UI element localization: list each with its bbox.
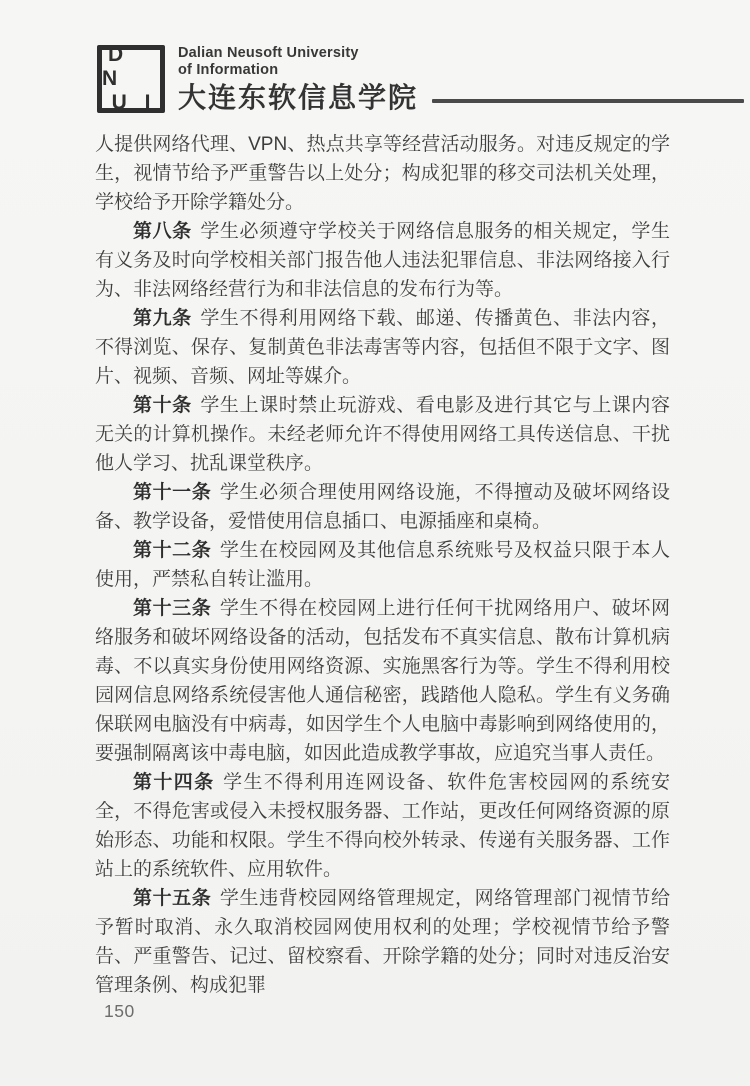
paragraph-article-13: 第十三条学生不得在校园网上进行任何干扰网络用户、破坏网络服务和破坏网络设备的活动… (95, 594, 670, 768)
university-name-block: Dalian Neusoft University of Information… (178, 45, 418, 113)
paragraph-article-9: 第九条学生不得利用网络下载、邮递、传播黄色、非法内容，不得浏览、保存、复制黄色非… (95, 304, 670, 391)
header-divider-line (432, 99, 744, 103)
article-number: 第十一条 (133, 482, 211, 503)
page-number: 150 (104, 1001, 135, 1022)
university-name-en-line2: of Information (178, 62, 418, 79)
article-number: 第十四条 (133, 772, 215, 793)
article-number: 第十二条 (133, 540, 211, 561)
logo-letters-top: D N (102, 43, 160, 91)
paragraph-continuation: 人提供网络代理、VPN、热点共享等经营活动服务。对违反规定的学生，视情节给予严重… (95, 130, 670, 217)
page-header: D N U I Dalian Neusoft University of Inf… (97, 45, 744, 113)
article-number: 第十条 (133, 395, 192, 416)
paragraph-article-14: 第十四条学生不得利用连网设备、软件危害校园网的系统安全，不得危害或侵入未授权服务… (95, 768, 670, 884)
paragraph-text: 学生不得在校园网上进行任何干扰网络用户、破坏网络服务和破坏网络设备的活动，包括发… (95, 598, 670, 764)
article-number: 第八条 (133, 221, 192, 242)
document-page: D N U I Dalian Neusoft University of Inf… (0, 0, 750, 1086)
logo-letters-bottom: U I (106, 91, 157, 115)
paragraph-article-8: 第八条学生必须遵守学校关于网络信息服务的相关规定，学生有义务及时向学校相关部门报… (95, 217, 670, 304)
document-body: 人提供网络代理、VPN、热点共享等经营活动服务。对违反规定的学生，视情节给予严重… (95, 130, 670, 1000)
article-number: 第十三条 (133, 598, 211, 619)
university-name-zh: 大连东软信息学院 (178, 83, 418, 113)
article-number: 第九条 (133, 308, 192, 329)
dnui-logo: D N U I (97, 45, 165, 113)
paragraph-text: 人提供网络代理、VPN、热点共享等经营活动服务。对违反规定的学生，视情节给予严重… (95, 134, 670, 213)
paragraph-article-12: 第十二条学生在校园网及其他信息系统账号及权益只限于本人使用，严禁私自转让滥用。 (95, 536, 670, 594)
article-number: 第十五条 (133, 888, 211, 909)
university-name-en-line1: Dalian Neusoft University (178, 45, 418, 62)
paragraph-article-10: 第十条学生上课时禁止玩游戏、看电影及进行其它与上课内容无关的计算机操作。未经老师… (95, 391, 670, 478)
paragraph-article-15: 第十五条学生违背校园网络管理规定，网络管理部门视情节给予暂时取消、永久取消校园网… (95, 884, 670, 1000)
paragraph-article-11: 第十一条学生必须合理使用网络设施，不得擅动及破坏网络设备、教学设备，爱惜使用信息… (95, 478, 670, 536)
